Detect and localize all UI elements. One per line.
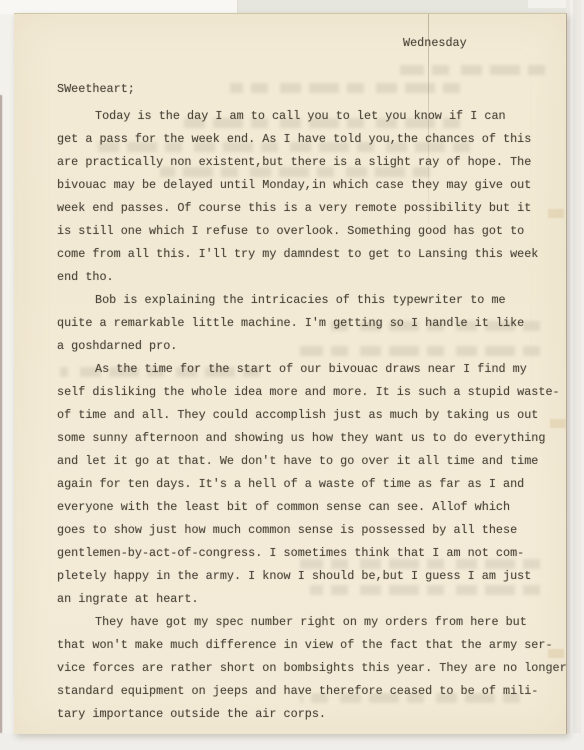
letter-line: get a pass for the week end. As I have t… — [57, 128, 562, 151]
letter-line: Bob is explaining the intricacies of thi… — [57, 289, 562, 312]
scan-edge-shadow — [0, 95, 2, 733]
letter-line: gentlemen-by-act-of-congress. I sometime… — [57, 542, 562, 565]
letter-line: tary importance outside the air corps. — [57, 703, 562, 726]
letter-line: self disliking the whole idea more and m… — [57, 381, 562, 404]
letter-line: pletely happy in the army. I know I shou… — [57, 565, 562, 588]
letter-line: bivouac may be delayed until Monday,in w… — [57, 174, 562, 197]
letter-page: Wednesday SWeetheart; Today is the day I… — [14, 13, 567, 734]
dateline: Wednesday — [403, 36, 467, 50]
letter-line: week end passes. Of course this is a ver… — [57, 197, 562, 220]
letter-line: Today is the day I am to call you to let… — [57, 105, 562, 128]
bleed-through-mark — [400, 65, 545, 75]
letter-line: again for ten days. It's a hell of a was… — [57, 473, 562, 496]
salutation: SWeetheart; — [57, 82, 135, 96]
letter-line: quite a remarkable little machine. I'm g… — [57, 312, 562, 335]
letter-line: an ingrate at heart. — [57, 588, 562, 611]
scanned-letter-view: Wednesday SWeetheart; Today is the day I… — [0, 0, 584, 750]
bleed-through-mark — [230, 83, 460, 93]
letter-line: of time and all. They could accomplish j… — [57, 404, 562, 427]
letter-line: standard equipment on jeeps and have the… — [57, 680, 562, 703]
letter-line: some sunny afternoon and showing us how … — [57, 427, 562, 450]
letter-line: As the time for the start of our bivouac… — [57, 358, 562, 381]
letter-line: goes to show just how much common sense … — [57, 519, 562, 542]
letter-line: is still one which I refuse to overlook.… — [57, 220, 562, 243]
letter-line: end tho. — [57, 266, 562, 289]
letter-line: They have got my spec number right on my… — [57, 611, 562, 634]
letter-body: Today is the day I am to call you to let… — [57, 105, 562, 726]
letter-line: a goshdarned pro. — [57, 335, 562, 358]
letter-line: and let it go at that. We don't have to … — [57, 450, 562, 473]
scanner-background-left — [0, 14, 14, 733]
letter-line: come from all this. I'll try my damndest… — [57, 243, 562, 266]
letter-line: are practically non existent,but there i… — [57, 151, 562, 174]
letter-line: everyone with the least bit of common se… — [57, 496, 562, 519]
scanner-background-right — [566, 0, 584, 750]
scanner-background-bottom — [0, 733, 584, 750]
letter-line: vice forces are rather short on bombsigh… — [57, 657, 562, 680]
letter-line: that won't make much difference in view … — [57, 634, 562, 657]
